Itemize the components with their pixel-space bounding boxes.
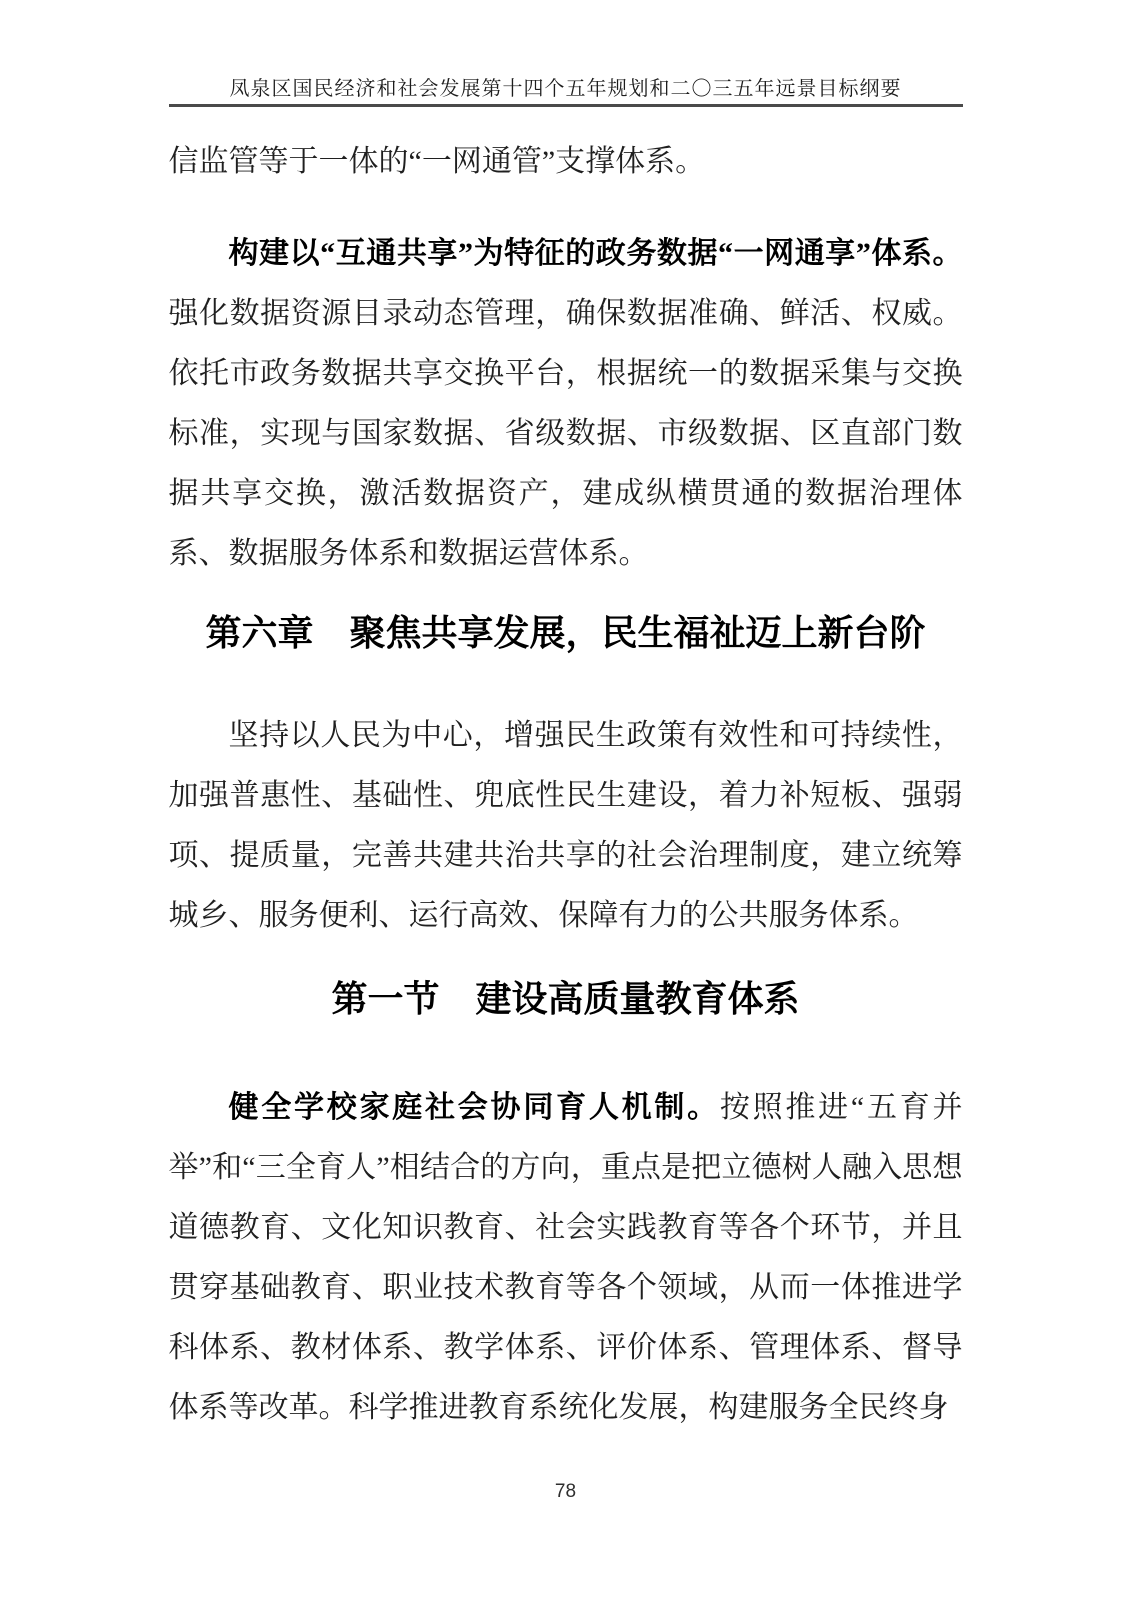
paragraph-data-sharing: 构建以“互通共享”为特征的政务数据“一网通享”体系。强化数据资源目录动态管理，确… [169, 224, 963, 584]
chapter-heading: 第六章 聚焦共享发展，民生福祉迈上新台阶 [169, 600, 963, 666]
paragraph-people-centered: 坚持以人民为中心，增强民生政策有效性和可持续性，加强普惠性、基础性、兜底性民生建… [169, 706, 963, 946]
paragraph-continuation: 信监管等于一体的“一网通管”支撑体系。 [169, 132, 963, 192]
paragraph-data-sharing-lead: 构建以“互通共享”为特征的政务数据“一网通享”体系。 [229, 237, 963, 270]
paragraph-data-sharing-rest: 强化数据资源目录动态管理，确保数据准确、鲜活、权威。依托市政务数据共享交换平台，… [169, 297, 963, 570]
header-rule [169, 104, 963, 107]
page-body: 信监管等于一体的“一网通管”支撑体系。 构建以“互通共享”为特征的政务数据“一网… [169, 132, 963, 1438]
section-heading: 第一节 建设高质量教育体系 [169, 966, 963, 1032]
document-page: 凤泉区国民经济和社会发展第十四个五年规划和二〇三五年远景目标纲要 信监管等于一体… [0, 0, 1131, 1600]
page-header: 凤泉区国民经济和社会发展第十四个五年规划和二〇三五年远景目标纲要 [0, 0, 1131, 107]
page-footer: 78 [0, 1481, 1131, 1503]
paragraph-education-lead: 健全学校家庭社会协同育人机制。 [229, 1091, 720, 1124]
page-number: 78 [555, 1481, 576, 1502]
paragraph-education: 健全学校家庭社会协同育人机制。按照推进“五育并举”和“三全育人”相结合的方向，重… [169, 1078, 963, 1438]
paragraph-education-rest: 按照推进“五育并举”和“三全育人”相结合的方向，重点是把立德树人融入思想道德教育… [169, 1091, 963, 1424]
header-title: 凤泉区国民经济和社会发展第十四个五年规划和二〇三五年远景目标纲要 [0, 78, 1131, 100]
